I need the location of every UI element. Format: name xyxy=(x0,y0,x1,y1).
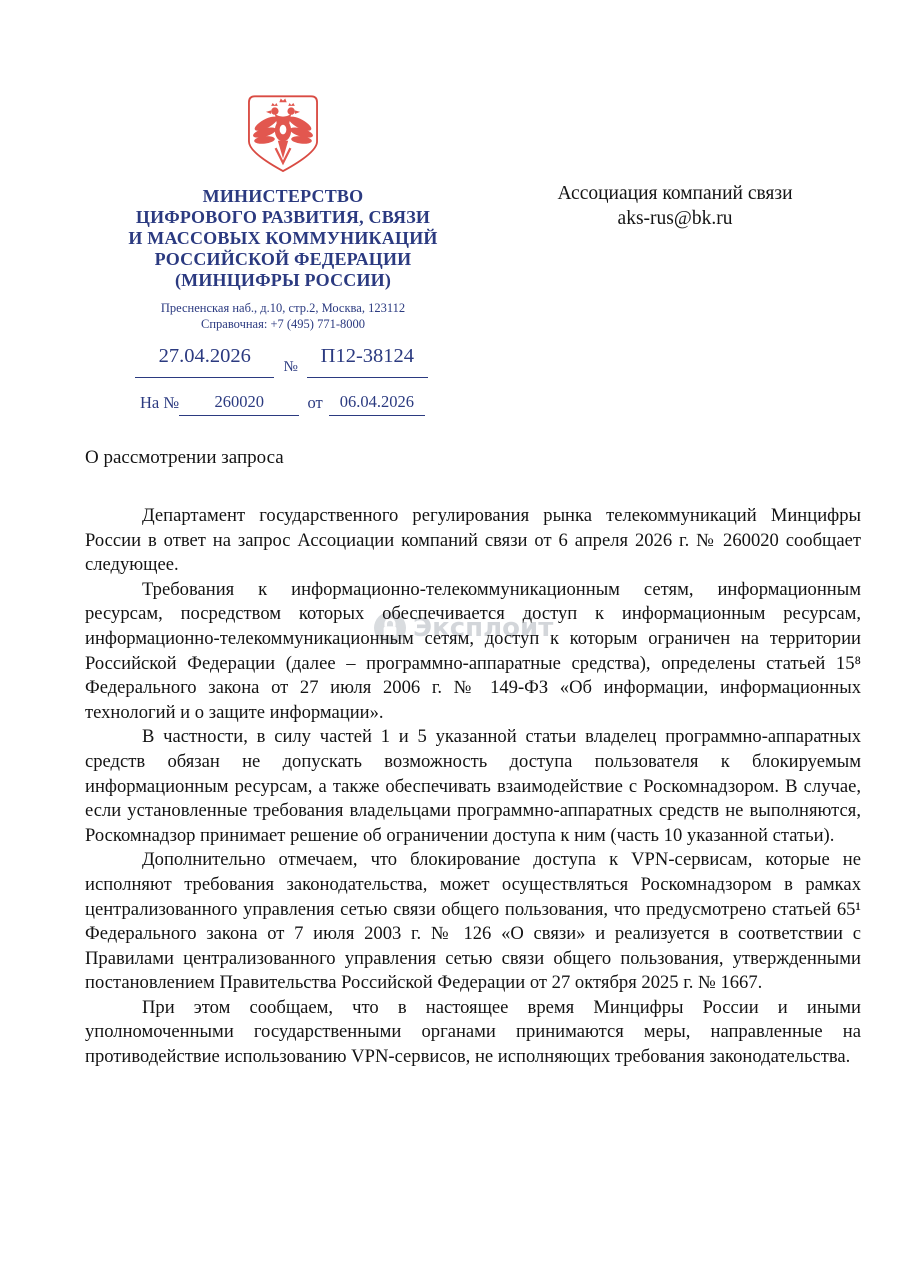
body-paragraph: Департамент государственного регулирован… xyxy=(85,504,861,578)
body-paragraph: Требования к информационно-телекоммуника… xyxy=(85,578,861,726)
address-line: Пресненская наб., д.10, стр.2, Москва, 1… xyxy=(92,300,474,316)
outgoing-date: 27.04.2026 xyxy=(135,345,274,378)
recipient-name: Ассоциация компаний связи xyxy=(520,181,830,206)
recipient-block: Ассоциация компаний связи aks-rus@bk.ru xyxy=(520,181,830,231)
reply-reference-row: На № 260020 от 06.04.2026 xyxy=(140,392,425,416)
letter-page: МИНИСТЕРСТВО ЦИФРОВОГО РАЗВИТИЯ, СВЯЗИ И… xyxy=(0,0,904,1280)
body-paragraph: При этом сообщаем, что в настоящее время… xyxy=(85,996,861,1070)
outgoing-number: П12-38124 xyxy=(307,345,428,378)
outgoing-number-row: 27.04.2026 № П12-38124 xyxy=(135,345,428,378)
recipient-email: aks-rus@bk.ru xyxy=(520,206,830,231)
number-sign: № xyxy=(274,359,306,378)
address-line: Справочная: +7 (495) 771-8000 xyxy=(92,316,474,332)
body-paragraph: В частности, в силу частей 1 и 5 указанн… xyxy=(85,725,861,848)
body-paragraph: Дополнительно отмечаем, что блокирование… xyxy=(85,848,861,996)
letter-body: Департамент государственного регулирован… xyxy=(85,504,861,1070)
ministry-name-line: И МАССОВЫХ КОММУНИКАЦИЙ xyxy=(92,228,474,249)
letterhead: МИНИСТЕРСТВО ЦИФРОВОГО РАЗВИТИЯ, СВЯЗИ И… xyxy=(92,94,474,416)
ministry-name-line: МИНИСТЕРСТВО xyxy=(92,186,474,207)
reply-reference-label: На № xyxy=(140,393,179,416)
ministry-name-line: (МИНЦИФРЫ РОССИИ) xyxy=(92,270,474,291)
russia-coat-of-arms-emblem xyxy=(246,94,320,180)
ministry-name-line: ЦИФРОВОГО РАЗВИТИЯ, СВЯЗИ xyxy=(92,207,474,228)
subject-line: О рассмотрении запроса xyxy=(85,447,284,469)
ministry-name-line: РОССИЙСКОЙ ФЕДЕРАЦИИ xyxy=(92,249,474,270)
ministry-name: МИНИСТЕРСТВО ЦИФРОВОГО РАЗВИТИЯ, СВЯЗИ И… xyxy=(92,186,474,291)
ministry-address: Пресненская наб., д.10, стр.2, Москва, 1… xyxy=(92,300,474,332)
reply-reference-number: 260020 xyxy=(179,392,299,416)
reply-from-label: от xyxy=(299,393,328,416)
reply-reference-date: 06.04.2026 xyxy=(329,392,425,416)
